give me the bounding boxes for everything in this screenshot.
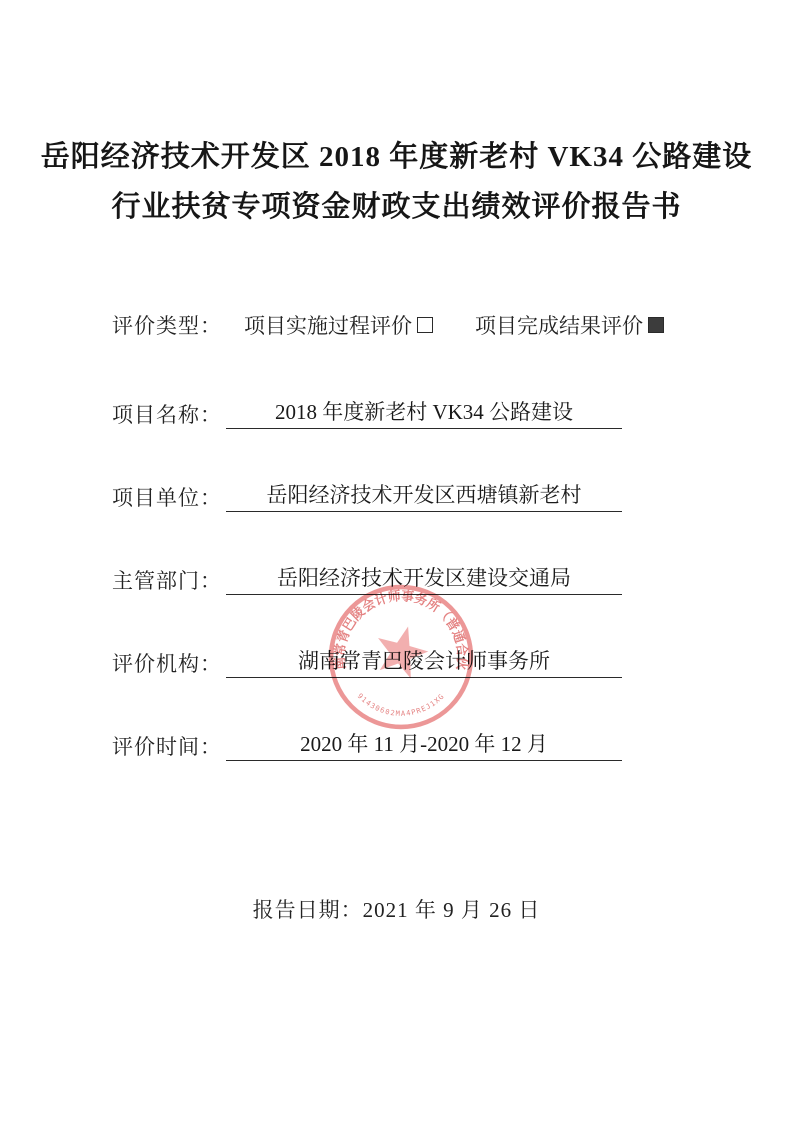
evaluation-agency-label: 评价机构： [112, 648, 222, 678]
report-date: 报告日期：2021 年 9 月 26 日 [0, 894, 793, 924]
option-result-evaluation-label: 项目完成结果评价 [475, 310, 643, 340]
checkbox-unchecked-icon [417, 317, 433, 333]
project-name-label: 项目名称： [112, 399, 222, 429]
seal-credit-code: 91430602MA4PREJ1XG [356, 691, 447, 718]
project-name-value: 2018 年度新老村 VK34 公路建设 [226, 396, 622, 429]
option-process-evaluation: 项目实施过程评价 [244, 310, 433, 340]
project-unit-value: 岳阳经济技术开发区西塘镇新老村 [226, 479, 622, 512]
evaluation-agency-value: 湖南常青巴陵会计师事务所 [226, 645, 622, 678]
supervising-department-label: 主管部门： [112, 565, 222, 595]
project-unit-label: 项目单位： [112, 482, 222, 512]
title-line-1: 岳阳经济技术开发区 2018 年度新老村 VK34 公路建设 [0, 132, 793, 182]
evaluation-time-value: 2020 年 11 月-2020 年 12 月 [226, 728, 622, 761]
evaluation-time-label: 评价时间： [112, 731, 222, 761]
project-name-row: 项目名称： 2018 年度新老村 VK34 公路建设 [112, 396, 622, 429]
title-line-2: 行业扶贫专项资金财政支出绩效评价报告书 [0, 182, 793, 232]
evaluation-type-row: 评价类型： 项目实施过程评价 项目完成结果评价 [112, 310, 664, 340]
evaluation-time-row: 评价时间： 2020 年 11 月-2020 年 12 月 [112, 728, 622, 761]
report-date-text: 报告日期：2021 年 9 月 26 日 [253, 898, 541, 922]
evaluation-type-label: 评价类型： [112, 310, 222, 340]
svg-text:91430602MA4PREJ1XG: 91430602MA4PREJ1XG [356, 691, 447, 718]
supervising-department-row: 主管部门： 岳阳经济技术开发区建设交通局 [112, 562, 622, 595]
project-unit-row: 项目单位： 岳阳经济技术开发区西塘镇新老村 [112, 479, 622, 512]
option-result-evaluation: 项目完成结果评价 [475, 310, 664, 340]
report-cover-page: 岳阳经济技术开发区 2018 年度新老村 VK34 公路建设 行业扶贫专项资金财… [0, 0, 793, 1121]
checkbox-checked-icon [648, 317, 664, 333]
option-process-evaluation-label: 项目实施过程评价 [244, 310, 412, 340]
evaluation-agency-row: 评价机构： 湖南常青巴陵会计师事务所 [112, 645, 622, 678]
supervising-department-value: 岳阳经济技术开发区建设交通局 [226, 562, 622, 595]
document-title: 岳阳经济技术开发区 2018 年度新老村 VK34 公路建设 行业扶贫专项资金财… [0, 132, 793, 232]
